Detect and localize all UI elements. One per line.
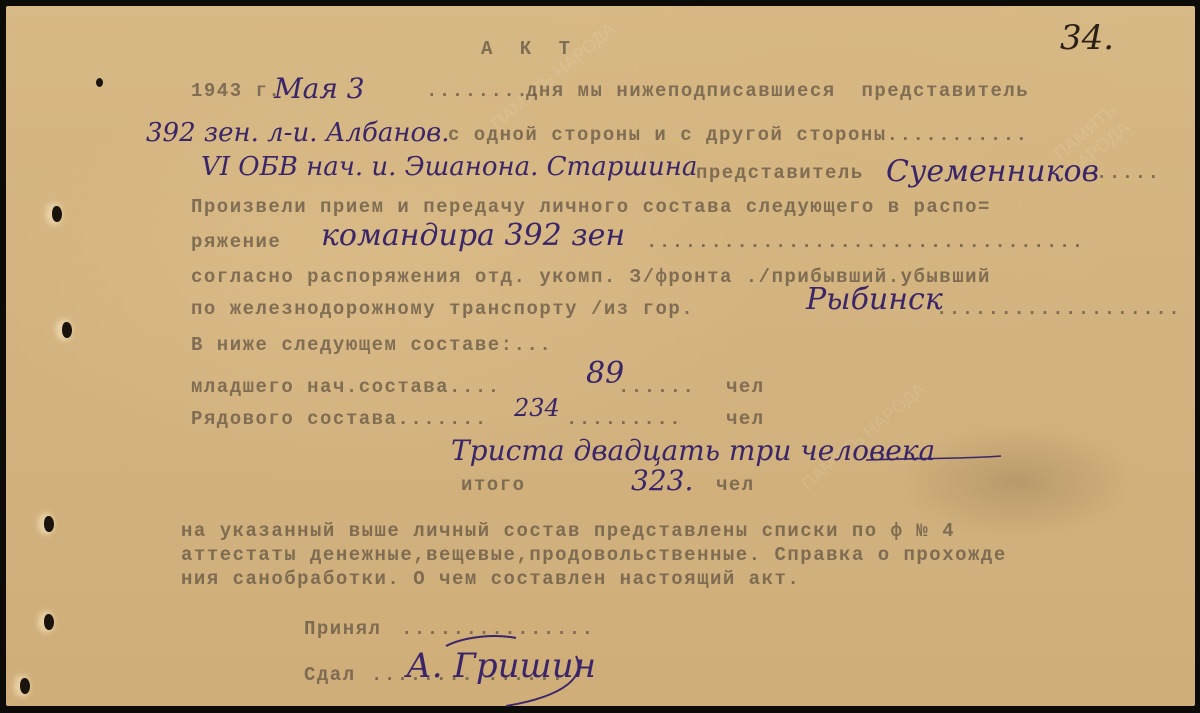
dot-leader: ................... — [936, 298, 1181, 320]
accepted-label: Принял — [304, 618, 381, 640]
date-year: 1943 г. — [191, 80, 281, 102]
intro-text: дня мы нижеподписавшиеся представитель — [526, 80, 1029, 102]
rank-and-file-label: Рядового состава....... — [191, 408, 488, 430]
binding-hole — [62, 322, 72, 338]
line-text: с одной стороны и с другой стороны......… — [448, 124, 1029, 146]
dot-leader: ...... — [618, 376, 695, 398]
handwritten-city: Рыбинск — [806, 282, 943, 317]
dot-leader: .................................. — [646, 231, 1085, 253]
handed-label: Сдал — [304, 664, 356, 686]
handwritten-commander: командира 392 зен — [321, 218, 625, 253]
unit-label: чел — [726, 408, 765, 430]
line-text: В ниже следующем составе:... — [191, 334, 552, 356]
binding-hole — [52, 206, 62, 222]
handwritten-surname: Суеменников — [886, 154, 1099, 189]
binding-hole — [44, 516, 54, 532]
line-text: по железнодорожному транспорту /из гор. — [191, 298, 694, 320]
rank-and-file-count: 234 — [514, 394, 560, 422]
dot-leader: ......... — [426, 80, 542, 102]
watermark: ПАМЯТЬ НАРОДА — [487, 19, 619, 135]
total-label: итого — [461, 474, 526, 496]
junior-staff-label: младшего нач.состава.... — [191, 376, 501, 398]
document-title: А К Т — [481, 38, 578, 60]
footer-line: на указанный выше личный состав представ… — [181, 520, 955, 542]
dot-leader: ..... — [1096, 162, 1161, 184]
footer-line: аттестаты денежные,вещевые,продовольстве… — [181, 544, 1007, 566]
binding-hole — [20, 678, 30, 694]
line-text: Произвели прием и передачу личного соста… — [191, 196, 991, 218]
signature-flourish-icon — [386, 626, 616, 713]
handwritten-unit-representative: 392 зен. л-и. Албанов. — [146, 118, 450, 148]
unit-label: чел — [716, 474, 755, 496]
unit-label: чел — [726, 376, 765, 398]
page-number: 34. — [1060, 18, 1114, 58]
line-text: представитель — [696, 162, 864, 184]
punch-mark — [96, 78, 103, 87]
binding-hole — [44, 614, 54, 630]
archival-document-page: ПАМЯТЬ НАРОДА ПАМЯТЬ НАРОДА ПАМЯТЬ НАРОД… — [6, 6, 1195, 706]
handwritten-date: Мая 3 — [274, 72, 365, 105]
dot-leader: ......... — [566, 408, 682, 430]
handwritten-echelon-representative: VI ОБВ нач. и. Эшанона. Старшина — [201, 152, 697, 182]
line-text: ряжение — [191, 231, 281, 253]
underline-stroke-icon — [446, 434, 1006, 474]
footer-line: ния санобработки. О чем составлен настоя… — [181, 568, 800, 590]
